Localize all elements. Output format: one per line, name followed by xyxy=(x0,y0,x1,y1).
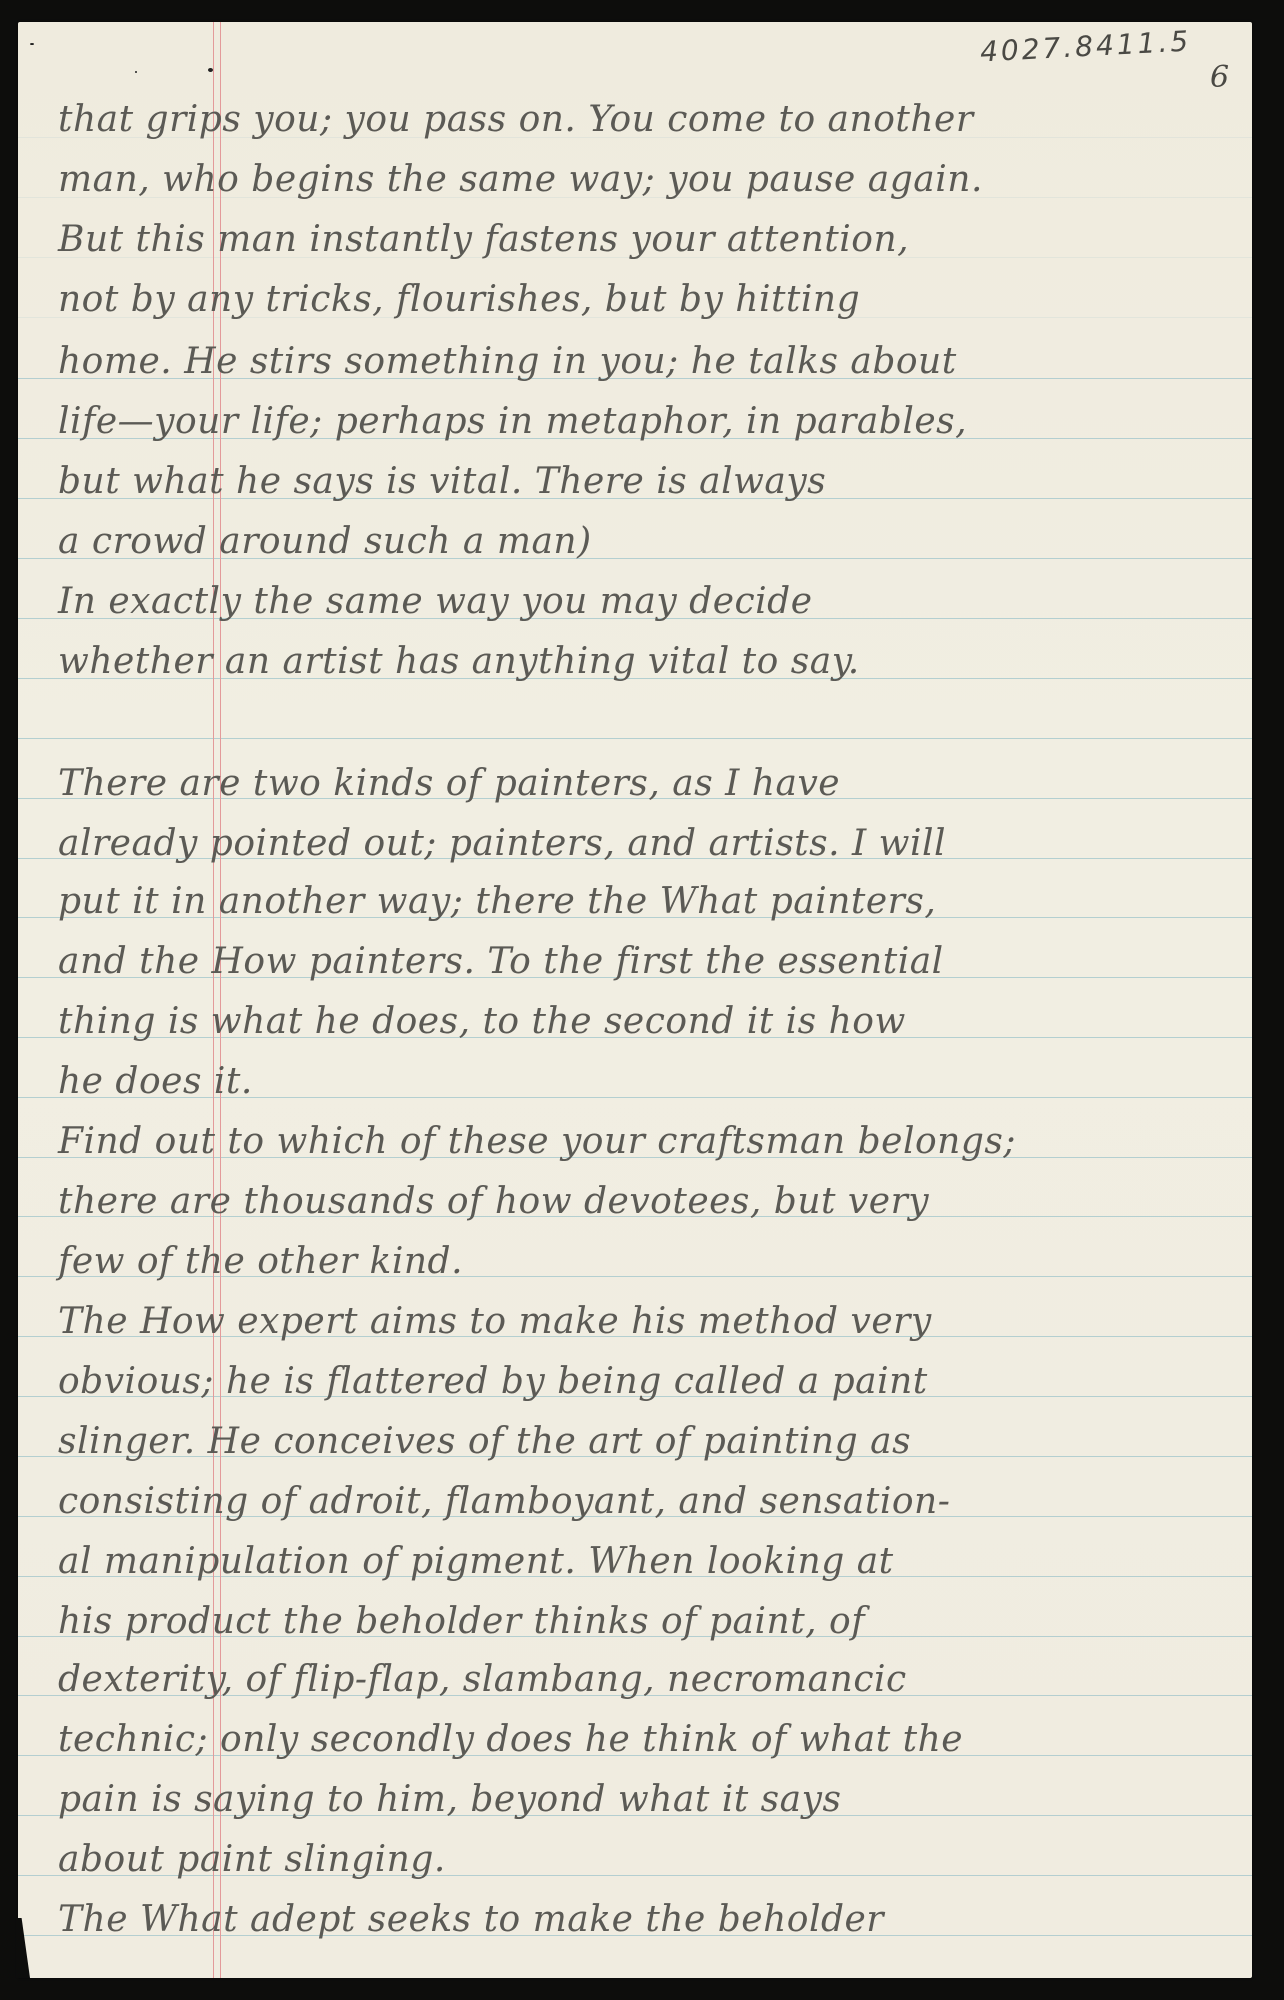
ink-speck xyxy=(208,68,213,72)
manuscript-line: The What adept seeks to make the beholde… xyxy=(58,1900,884,1940)
manuscript-line: but what he says is vital. There is alwa… xyxy=(58,462,826,502)
manuscript-line: obvious; he is flattered by being called… xyxy=(58,1362,928,1402)
manuscript-line: man, who begins the same way; you pause … xyxy=(58,160,983,200)
rule-line xyxy=(18,738,1252,739)
manuscript-line: pain is saying to him, beyond what it sa… xyxy=(58,1780,841,1820)
manuscript-line: there are thousands of how devotees, but… xyxy=(58,1182,929,1222)
manuscript-line: In exactly the same way you may decide xyxy=(58,582,813,622)
manuscript-line: The How expert aims to make his method v… xyxy=(58,1302,932,1342)
manuscript-line: that grips you; you pass on. You come to… xyxy=(58,100,974,140)
manuscript-line: life—your life; perhaps in metaphor, in … xyxy=(58,402,967,442)
manuscript-line: dexterity, of flip-flap, slambang, necro… xyxy=(58,1660,907,1700)
manuscript-line: he does it. xyxy=(58,1062,253,1102)
page-number: 6 xyxy=(1210,60,1229,95)
manuscript-line: whether an artist has anything vital to … xyxy=(58,642,860,682)
manuscript-line: home. He stirs something in you; he talk… xyxy=(58,342,957,382)
manuscript-line: about paint slinging. xyxy=(58,1840,446,1880)
manuscript-line: already pointed out; painters, and artis… xyxy=(58,824,946,864)
manuscript-line: not by any tricks, flourishes, but by hi… xyxy=(58,280,860,320)
manuscript-line: al manipulation of pigment. When looking… xyxy=(58,1542,894,1582)
manuscript-line: There are two kinds of painters, as I ha… xyxy=(58,764,840,804)
manuscript-line: technic; only secondly does he think of … xyxy=(58,1720,963,1760)
ink-speck xyxy=(30,43,34,45)
manuscript-line: few of the other kind. xyxy=(58,1242,463,1282)
manuscript-line: put it in another way; there the What pa… xyxy=(58,882,936,922)
manuscript-line: and the How painters. To the first the e… xyxy=(58,942,944,982)
manuscript-line: slinger. He conceives of the art of pain… xyxy=(58,1422,911,1462)
manuscript-line: his product the beholder thinks of paint… xyxy=(58,1602,865,1642)
manuscript-line: But this man instantly fastens your atte… xyxy=(58,220,909,260)
manuscript-line: Find out to which of these your craftsma… xyxy=(58,1122,1016,1162)
ink-speck xyxy=(135,71,137,73)
manuscript-line: a crowd around such a man) xyxy=(58,522,592,562)
manuscript-line: consisting of adroit, flamboyant, and se… xyxy=(58,1482,950,1522)
manuscript-line: thing is what he does, to the second it … xyxy=(58,1002,906,1042)
